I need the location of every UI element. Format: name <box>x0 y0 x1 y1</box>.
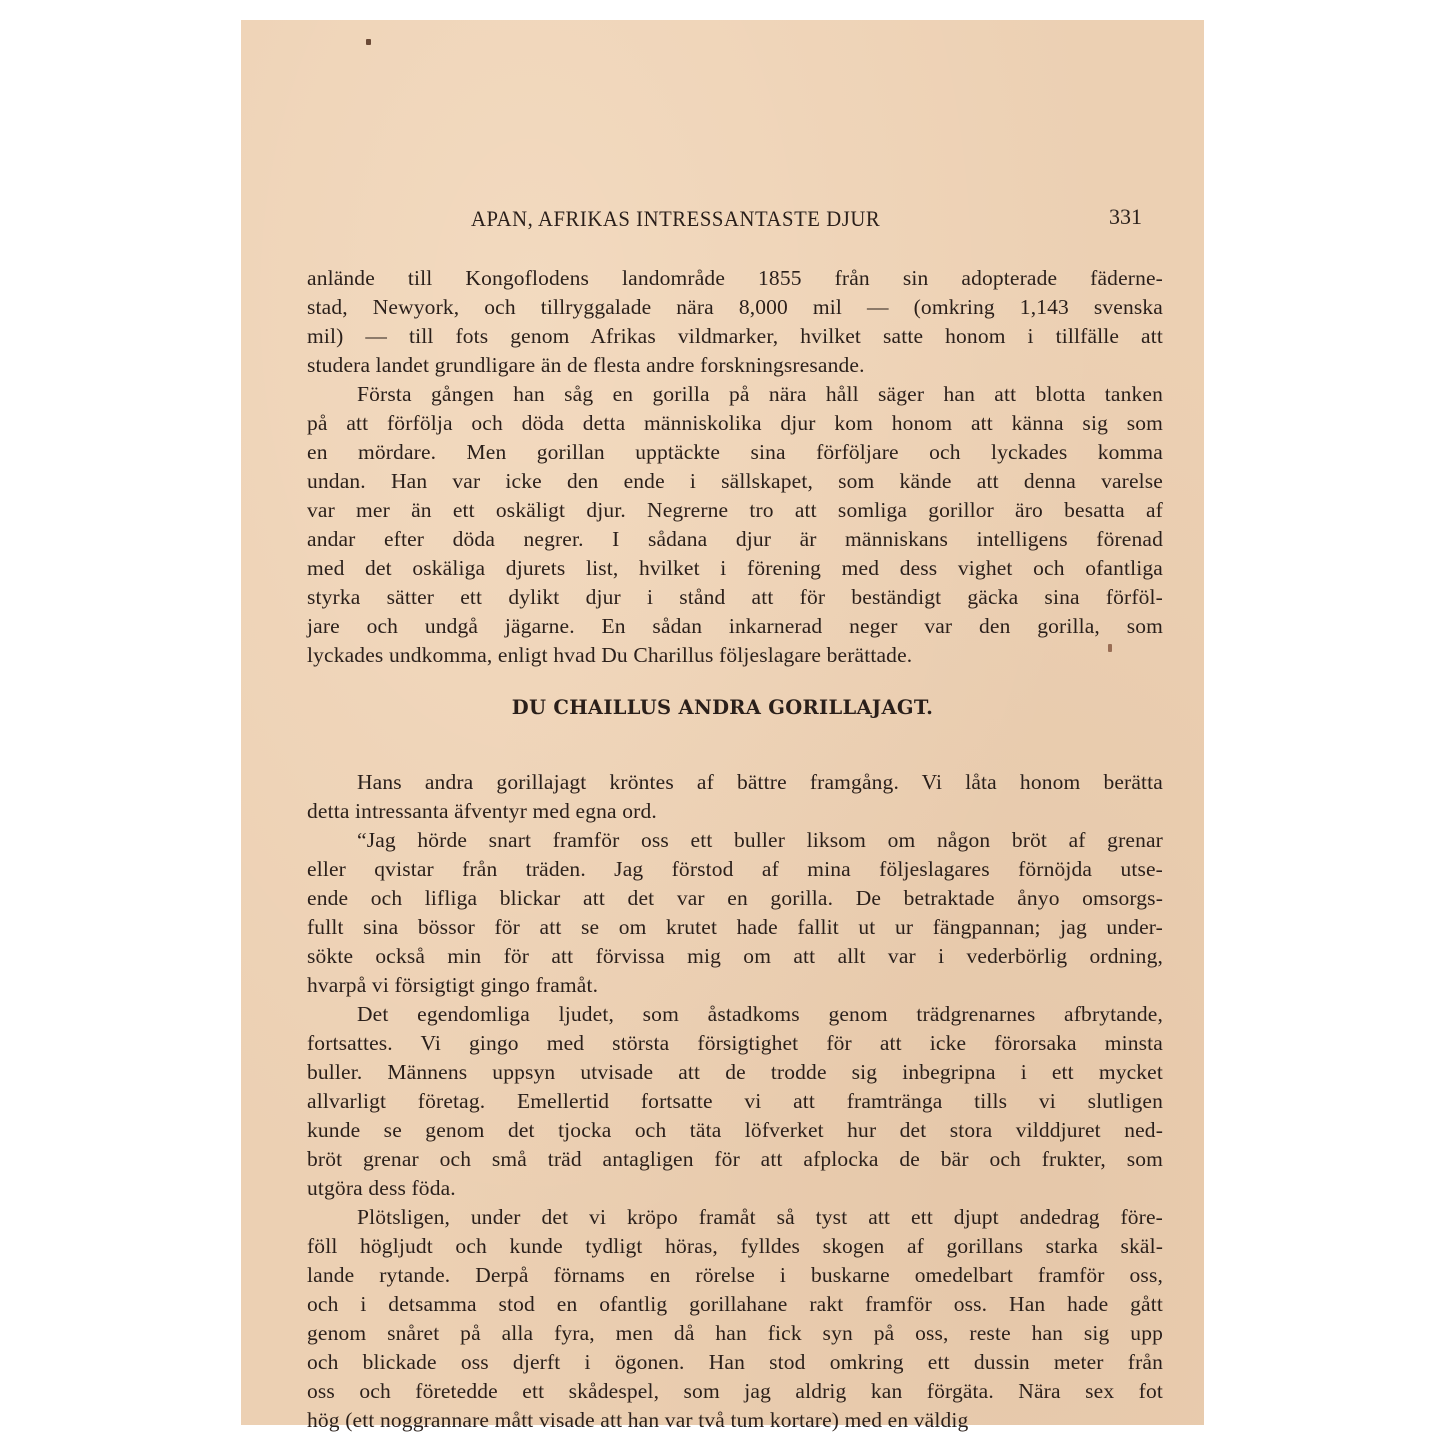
text-line: lande rytande. Derpå förnams en rörelse … <box>307 1261 1163 1290</box>
text-line: jare och undgå jägarne. En sådan inkarne… <box>307 612 1163 641</box>
text-line: “Jag hörde snart framför oss ett buller … <box>307 826 1163 855</box>
paragraph: anlände till Kongoflodens landområde 185… <box>307 264 1163 380</box>
paragraph: Hans andra gorillajagt kröntes af bättre… <box>307 768 1163 826</box>
text-line: var mer än ett oskäligt djur. Negrerne t… <box>307 496 1163 525</box>
text-line: på att förfölja och döda detta människol… <box>307 409 1163 438</box>
section-2-body: Hans andra gorillajagt kröntes af bättre… <box>307 768 1163 1435</box>
text-line: fullt sina bössor för att se om krutet h… <box>307 913 1163 942</box>
text-line: Det egendomliga ljudet, som åstadkoms ge… <box>307 1000 1163 1029</box>
paper-speck <box>366 39 371 45</box>
text-line: lyckades undkomma, enligt hvad Du Charil… <box>307 641 1163 670</box>
page-number: 331 <box>1109 204 1142 230</box>
text-line: kunde se genom det tjocka och täta löfve… <box>307 1116 1163 1145</box>
text-line: utgöra dess föda. <box>307 1174 1163 1203</box>
text-line: Hans andra gorillajagt kröntes af bättre… <box>307 768 1163 797</box>
text-line: styrka sätter ett dylikt djur i stånd at… <box>307 583 1163 612</box>
text-line: anlände till Kongoflodens landområde 185… <box>307 264 1163 293</box>
text-line: studera landet grundligare än de flesta … <box>307 351 1163 380</box>
text-line: en mördare. Men gorillan upptäckte sina … <box>307 438 1163 467</box>
text-line: buller. Männens uppsyn utvisade att de t… <box>307 1058 1163 1087</box>
paragraph: Det egendomliga ljudet, som åstadkoms ge… <box>307 1000 1163 1203</box>
text-line: och i detsamma stod en ofantlig gorillah… <box>307 1290 1163 1319</box>
text-line: Första gången han såg en gorilla på nära… <box>307 380 1163 409</box>
text-line: bröt grenar och små träd antagligen för … <box>307 1145 1163 1174</box>
text-line: undan. Han var icke den ende i sällskape… <box>307 467 1163 496</box>
paragraph: “Jag hörde snart framför oss ett buller … <box>307 826 1163 1000</box>
text-line: och blickade oss djerft i ögonen. Han st… <box>307 1348 1163 1377</box>
running-header: APAN, AFRIKAS INTRESSANTASTE DJUR 331 <box>241 206 1204 236</box>
text-line: genom snåret på alla fyra, men då han fi… <box>307 1319 1163 1348</box>
paragraph: Första gången han såg en gorilla på nära… <box>307 380 1163 670</box>
text-line: oss och företedde ett skådespel, som jag… <box>307 1377 1163 1406</box>
paragraph: Plötsligen, under det vi kröpo framåt så… <box>307 1203 1163 1435</box>
section-heading: DU CHAILLUS ANDRA GORILLAJAGT. <box>241 696 1204 719</box>
text-line: med det oskäliga djurets list, hvilket i… <box>307 554 1163 583</box>
text-line: föll högljudt och kunde tydligt höras, f… <box>307 1232 1163 1261</box>
text-line: sökte också min för att förvissa mig om … <box>307 942 1163 971</box>
running-title: APAN, AFRIKAS INTRESSANTASTE DJUR <box>471 206 880 232</box>
text-line: andar efter döda negrer. I sådana djur ä… <box>307 525 1163 554</box>
text-line: mil) — till fots genom Afrikas vildmarke… <box>307 322 1163 351</box>
text-line: hvarpå vi försigtigt gingo framåt. <box>307 971 1163 1000</box>
text-line: eller qvistar från träden. Jag förstod a… <box>307 855 1163 884</box>
text-line: hög (ett noggrannare mått visade att han… <box>307 1406 1163 1435</box>
text-line: Plötsligen, under det vi kröpo framåt så… <box>307 1203 1163 1232</box>
text-line: fortsattes. Vi gingo med största försigt… <box>307 1029 1163 1058</box>
text-line: ende och lifliga blickar att det var en … <box>307 884 1163 913</box>
text-line: detta intressanta äfventyr med egna ord. <box>307 797 1163 826</box>
section-1-body: anlände till Kongoflodens landområde 185… <box>307 264 1163 670</box>
text-line: allvarligt företag. Emellertid fortsatte… <box>307 1087 1163 1116</box>
text-line: stad, Newyork, och tillryggalade nära 8,… <box>307 293 1163 322</box>
book-page: APAN, AFRIKAS INTRESSANTASTE DJUR 331 an… <box>241 20 1204 1425</box>
